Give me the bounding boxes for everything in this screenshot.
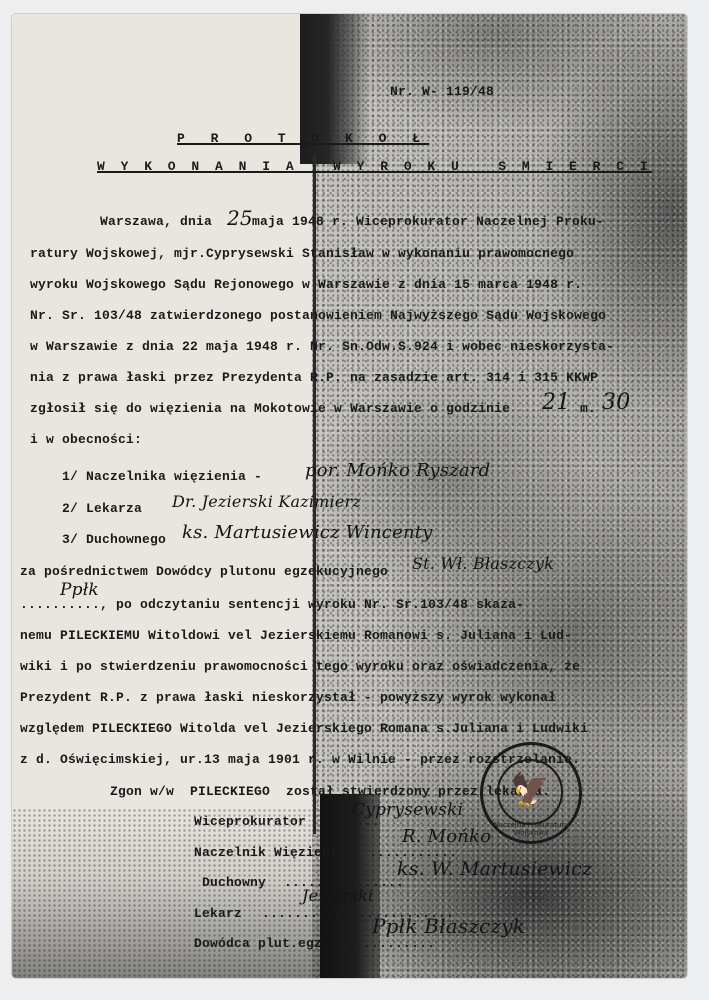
witness-label: 3/ Duchownego <box>62 532 166 547</box>
witness-signature: ks. Martusiewicz Wincenty <box>182 522 433 543</box>
execution-line: nemu PILECKIEMU Witoldowi vel Jezierskie… <box>20 628 572 643</box>
reference-number: Nr. W- 119/48 <box>390 84 494 99</box>
execution-line: Prezydent R.P. z prawa łaski nieskorzyst… <box>20 690 556 705</box>
body-line: nia z prawa łaski przez Prezydenta R.P. … <box>30 370 598 385</box>
body-line: zgłosił się do więzienia na Mokotowie w … <box>30 401 510 416</box>
title-line-2: W Y K O N A N I A W Y R O K U S M I E R … <box>97 159 652 174</box>
execution-line: za pośrednictwem Dowódcy plutonu egzekuc… <box>20 564 388 579</box>
body-line: i w obecności: <box>30 432 142 447</box>
body-line: Nr. Sr. 103/48 zatwierdzonego postanowie… <box>30 308 606 323</box>
body-line: wyroku Wojskowego Sądu Rejonowego w Wars… <box>30 277 582 292</box>
signature-dots: ........... <box>347 936 435 951</box>
document-photo: Nr. W- 119/48 P R O T O K O Ł W Y K O N … <box>12 14 687 978</box>
official-stamp: 🦅 Naczelna Prokuratura Wojskowa <box>480 742 582 844</box>
commander-handwritten: St. Wł. Błaszczyk <box>412 554 554 573</box>
signature-label: Naczelnik Więzienia <box>194 845 346 860</box>
body-line: w Warszawie z dnia 22 maja 1948 r. Nr. S… <box>30 339 614 354</box>
handwritten-hour: 21 <box>542 390 570 415</box>
eagle-emblem-icon: 🦅 <box>510 776 550 808</box>
typed-text: Nr. W- 119/48 P R O T O K O Ł W Y K O N … <box>12 14 687 978</box>
witness-label: 2/ Lekarza <box>62 501 142 516</box>
signature-label: Dowódca plut.egz. <box>194 936 330 951</box>
execution-line: względem PILECKIEGO Witolda vel Jeziersk… <box>20 721 588 736</box>
execution-line: wiki i po stwierdzeniu prawomocności teg… <box>20 659 580 674</box>
body-line: ratury Wojskowej, mjr.Cyprysewski Stanis… <box>30 246 574 261</box>
witness-signature: por. Mońko Ryszard <box>305 460 490 481</box>
signature-label: Duchowny <box>202 875 266 890</box>
execution-line: .........., po odczytaniu sentencji wyro… <box>20 597 524 612</box>
witness-label: 1/ Naczelnika więzienia - <box>62 469 262 484</box>
signature-handwritten: Jezierski <box>302 886 373 905</box>
time-separator: m. <box>580 401 596 416</box>
handwritten-day: 25 <box>227 206 253 230</box>
stamp-text: Naczelna Prokuratura Wojskowa <box>483 821 579 837</box>
stamp-inner-ring: 🦅 <box>497 759 563 825</box>
body-line: Warszawa, dnia <box>100 214 212 229</box>
signature-label: Lekarz <box>194 906 242 921</box>
signature-handwritten: ks. W. Martusiewicz <box>397 858 592 880</box>
body-line: maja 1948 r. Wiceprokurator Naczelnej Pr… <box>252 214 604 229</box>
handwritten-minute: 30 <box>602 390 630 415</box>
witness-signature: Dr. Jezierski Kazimierz <box>172 492 361 511</box>
signature-handwritten: Ppłk Błaszczyk <box>372 914 525 938</box>
signature-handwritten: R. Mońko <box>402 826 491 847</box>
title-line-1: P R O T O K O Ł <box>177 131 429 146</box>
signature-handwritten: Cyprysewski <box>352 800 463 820</box>
signature-label: Wiceprokurator <box>194 814 306 829</box>
